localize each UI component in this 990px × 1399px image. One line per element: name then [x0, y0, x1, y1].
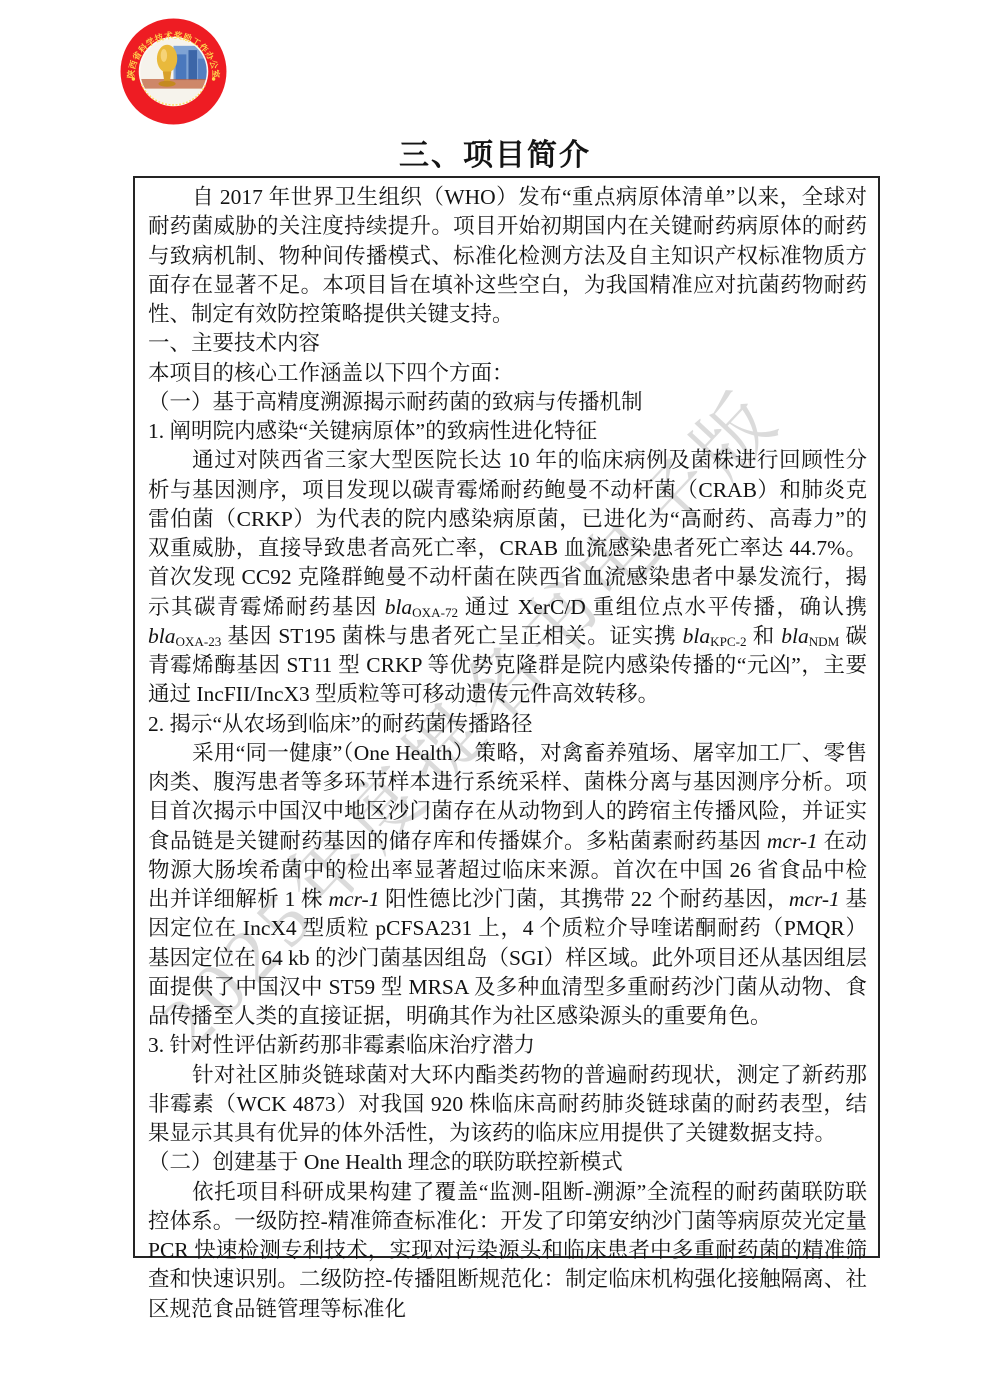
text-run: 针对社区肺炎链球菌对大环内酯类药物的普遍耐药现状，测定了新药那非霉素（WCK 4…	[148, 1063, 867, 1146]
text-run: （二）创建基于 One Health 理念的联防联控新模式	[148, 1150, 623, 1174]
text-run: 通过对陕西省三家大型医院长达 10 年的临床病例及菌株进行回顾性分析与基因测序，…	[148, 448, 867, 618]
text-run: 基因 ST195 菌株与患者死亡呈正相关。证实携	[221, 624, 682, 648]
gene-name-italic: mcr-1	[789, 887, 840, 911]
gene-name-italic: mcr-1	[767, 829, 818, 853]
paragraph: 本项目的核心工作涵盖以下四个方面：	[148, 359, 867, 388]
gene-subscript: OXA-72	[412, 604, 458, 619]
seal-left-star-icon	[132, 77, 135, 80]
text-run: 2. 揭示“从农场到临床”的耐药菌传播路径	[148, 712, 533, 736]
gene-name-italic: bla	[148, 624, 175, 648]
paragraph: 通过对陕西省三家大型医院长达 10 年的临床病例及菌株进行回顾性分析与基因测序，…	[148, 446, 867, 709]
building-image	[188, 50, 197, 80]
paragraph: 自 2017 年世界卫生组织（WHO）发布“重点病原体清单”以来，全球对耐药菌威…	[148, 183, 867, 329]
gene-subscript: OXA-23	[175, 634, 221, 649]
paragraph: 依托项目科研成果构建了覆盖“监测-阻断-溯源”全流程的耐药菌联防联控体系。一级防…	[148, 1178, 867, 1324]
section-heading: （一）基于高精度溯源揭示耐药菌的致病与传播机制	[148, 388, 867, 417]
document-page: 2025年度提名书电子版 陕	[0, 0, 990, 1399]
paragraph: 针对社区肺炎链球菌对大环内酯类药物的普遍耐药现状，测定了新药那非霉素（WCK 4…	[148, 1061, 867, 1149]
text-run: 和	[747, 624, 782, 648]
text-run: 本项目的核心工作涵盖以下四个方面：	[148, 361, 514, 385]
text-run: 依托项目科研成果构建了覆盖“监测-阻断-溯源”全流程的耐药菌联防联控体系。一级防…	[148, 1180, 867, 1321]
building-image	[176, 54, 187, 80]
text-run: （一）基于高精度溯源揭示耐药菌的致病与传播机制	[148, 390, 643, 414]
content-box: 自 2017 年世界卫生组织（WHO）发布“重点病原体清单”以来，全球对耐药菌威…	[133, 176, 880, 1258]
gene-subscript: NDM	[809, 634, 840, 649]
trophy-highlight	[161, 49, 167, 62]
section-heading: 1. 阐明院内感染“关键病原体”的致病性进化特征	[148, 417, 867, 446]
section-heading: 一、主要技术内容	[148, 329, 867, 358]
section-heading: 3. 针对性评估新药那非霉素临床治疗潜力	[148, 1031, 867, 1060]
text-run: 3. 针对性评估新药那非霉素临床治疗潜力	[148, 1033, 535, 1057]
section-heading: 2. 揭示“从农场到临床”的耐药菌传播路径	[148, 710, 867, 739]
section-title: 三、项目简介	[0, 130, 990, 174]
text-run: 通过 XerC/D 重组位点水平传播，确认携	[458, 595, 867, 619]
paragraph: 采用“同一健康”（One Health）策略，对禽畜养殖场、屠宰加工厂、零售肉类…	[148, 739, 867, 1032]
gene-name-italic: mcr-1	[329, 887, 380, 911]
text-run: 自 2017 年世界卫生组织（WHO）发布“重点病原体清单”以来，全球对耐药菌威…	[148, 185, 867, 326]
gene-name-italic: bla	[781, 624, 808, 648]
document-body: 自 2017 年世界卫生组织（WHO）发布“重点病原体清单”以来，全球对耐药菌威…	[148, 183, 867, 1324]
gene-name-italic: bla	[683, 624, 710, 648]
gene-name-italic: bla	[385, 595, 412, 619]
gene-subscript: KPC-2	[710, 634, 746, 649]
seal-graphic: 陕西省科学技术奖励工作办公室	[120, 18, 227, 125]
trophy-base	[159, 81, 176, 87]
text-run: 一、主要技术内容	[148, 331, 320, 355]
text-run: 阳性德比沙门菌，其携带 22 个耐药基因，	[379, 887, 788, 911]
section-heading: （二）创建基于 One Health 理念的联防联控新模式	[148, 1148, 867, 1177]
text-run: 1. 阐明院内感染“关键病原体”的致病性进化特征	[148, 419, 597, 443]
trophy-icon	[157, 45, 177, 73]
text-run: 采用“同一健康”（One Health）策略，对禽畜养殖场、屠宰加工厂、零售肉类…	[148, 741, 867, 853]
seal-right-star-icon	[212, 77, 215, 80]
office-seal-logo: 陕西省科学技术奖励工作办公室	[120, 18, 227, 125]
